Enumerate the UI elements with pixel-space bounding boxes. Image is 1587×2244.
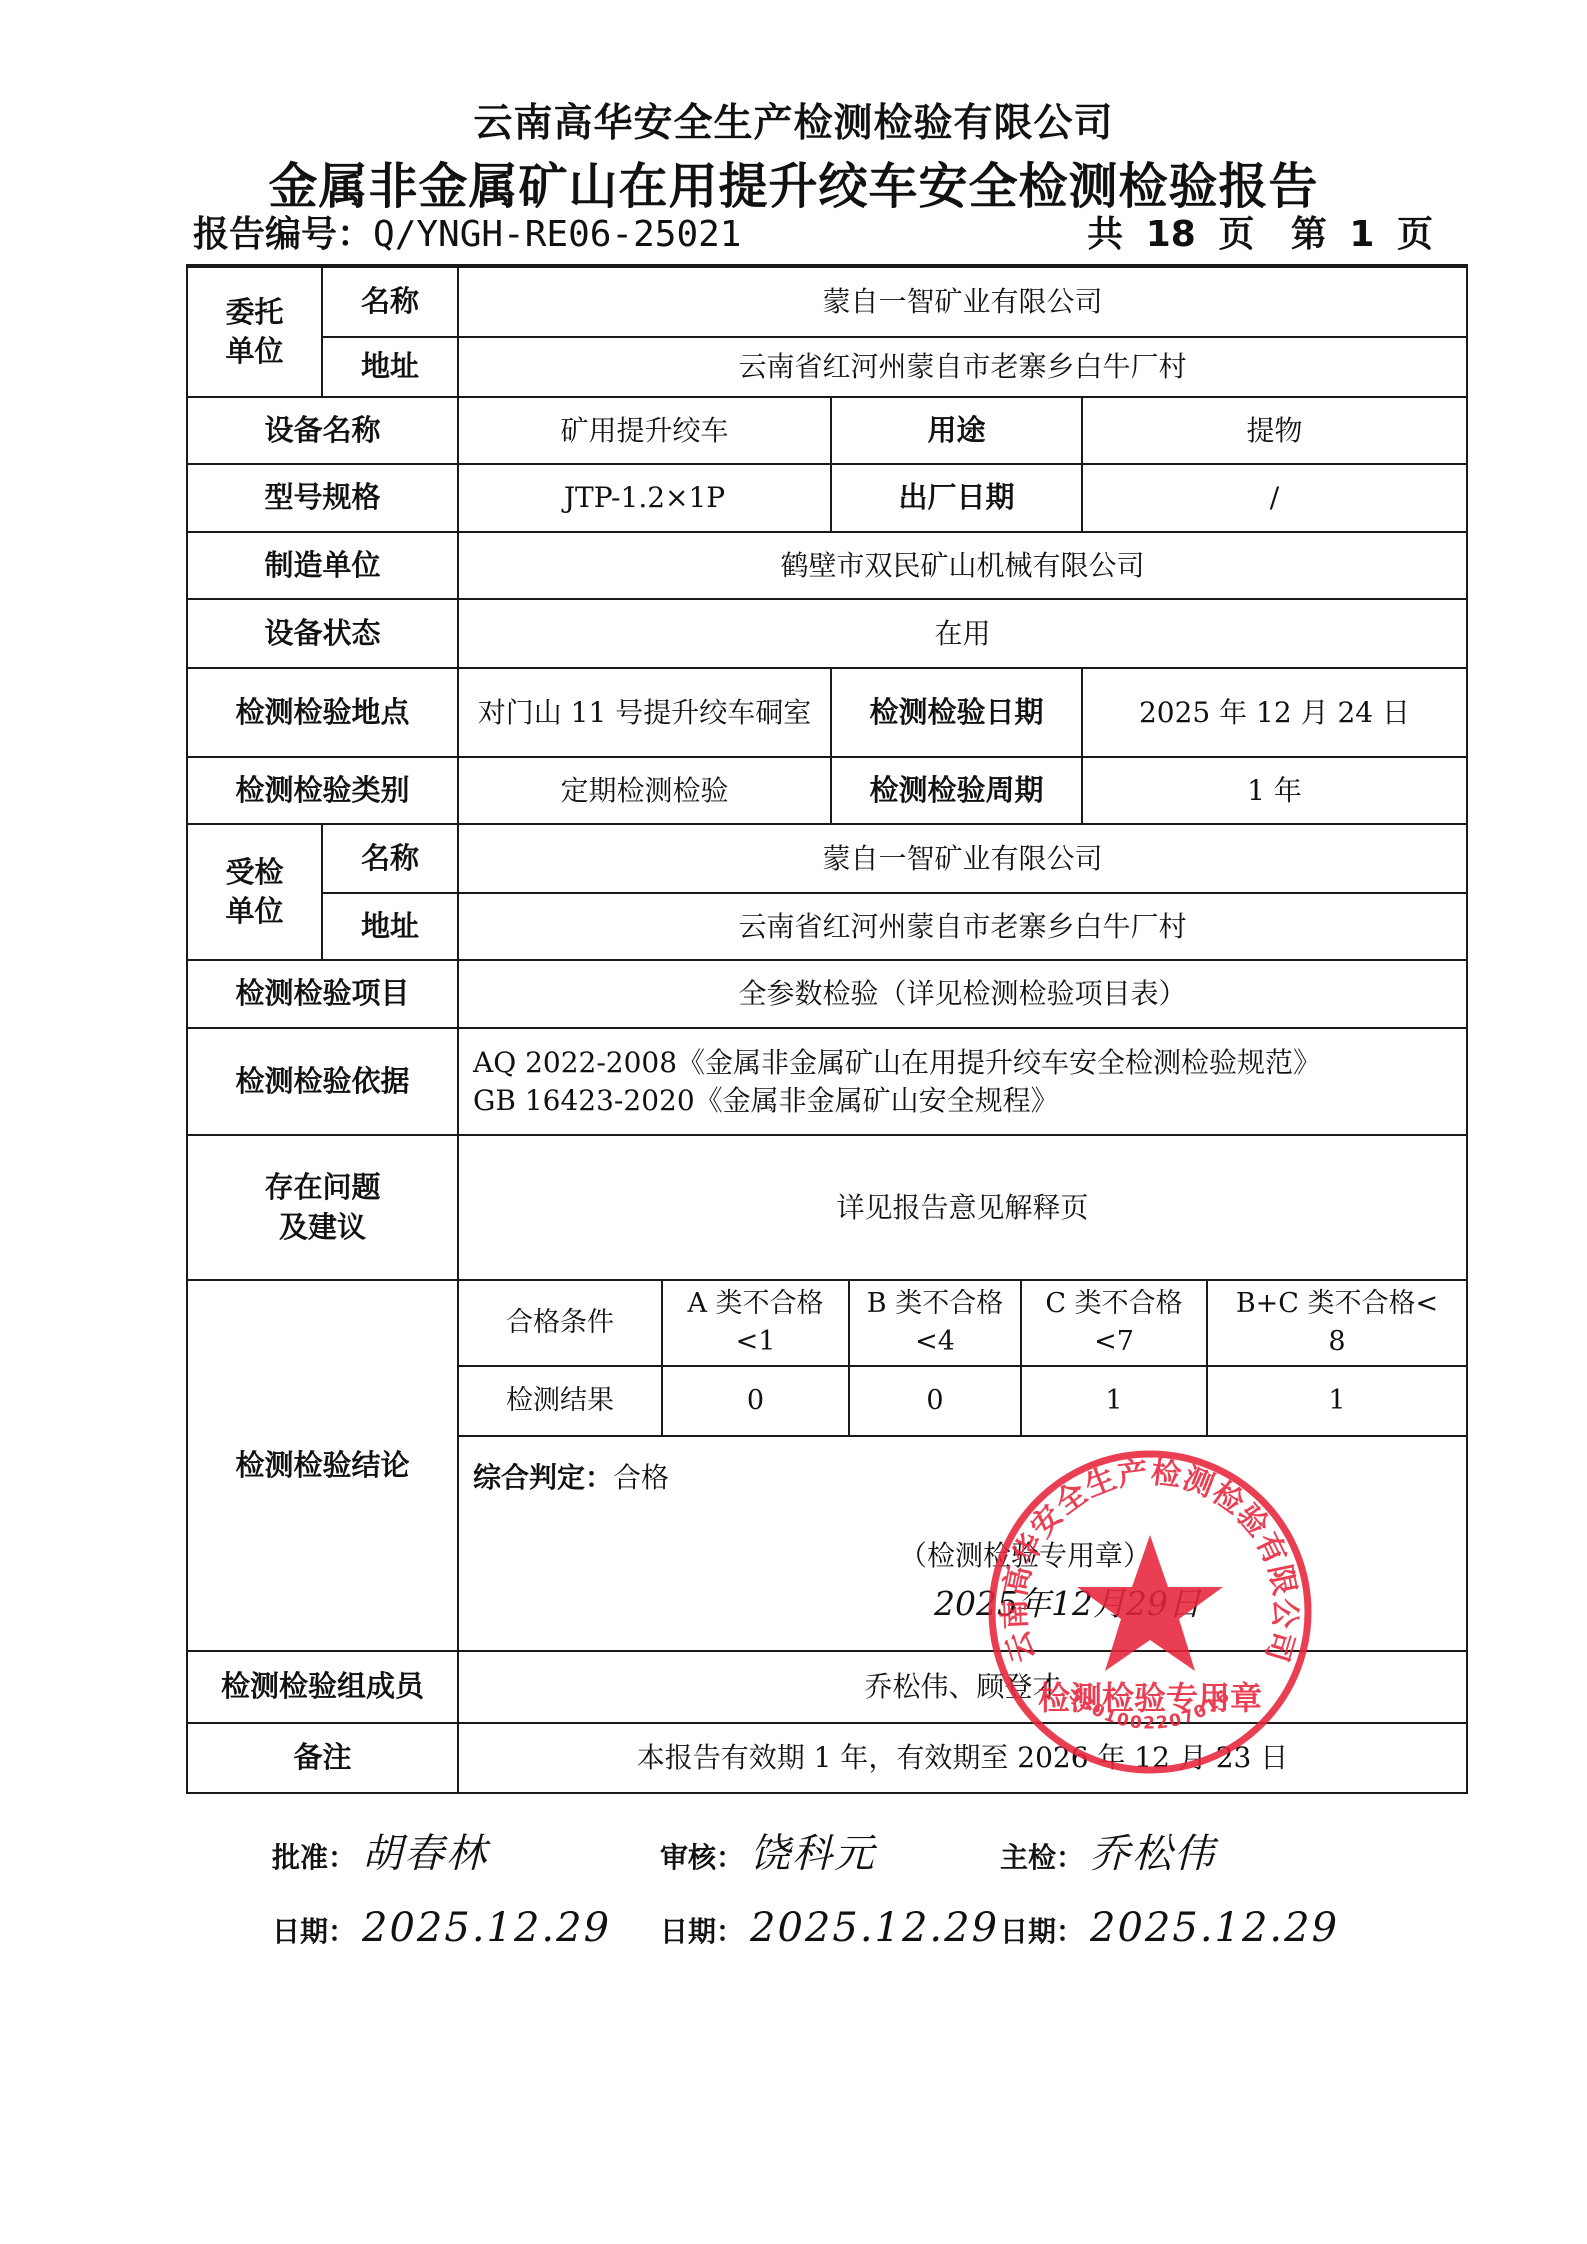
items-value: 全参数检验（详见检测检验项目表）: [458, 960, 1467, 1028]
basis-label: 检测检验依据: [187, 1028, 458, 1135]
total-pages: 共 18 页: [1087, 214, 1254, 255]
company-name: 云南高华安全生产检测检验有限公司: [0, 92, 1587, 148]
model-label: 型号规格: [187, 464, 458, 532]
review-signature: 审核：饶科元: [660, 1822, 876, 1879]
criteria-a: A 类不合格<1: [662, 1281, 849, 1366]
conclusion-content: 合格条件 A 类不合格<1 B 类不合格<4 C 类不合格<7 B+C 类不合格…: [458, 1280, 1467, 1651]
review-date: 日期：2025.12.29: [660, 1905, 999, 1951]
result-label: 检测结果: [459, 1366, 662, 1436]
report-number-label: 报告编号：: [193, 214, 373, 255]
result-c: 1: [1021, 1366, 1207, 1436]
manufacture-date: /: [1082, 464, 1467, 532]
equipment-name: 矿用提升绞车: [458, 397, 831, 464]
inspected-unit-address-label: 地址: [322, 893, 458, 960]
criteria-bc: B+C 类不合格<8: [1207, 1281, 1466, 1366]
basis-value: AQ 2022-2008《金属非金属矿山在用提升绞车安全检测检验规范》 GB 1…: [458, 1028, 1467, 1135]
report-number-line: 报告编号：Q/YNGH-RE06-25021 共 18 页 第 1 页: [193, 206, 1423, 256]
report-number-value: Q/YNGH-RE06-25021: [373, 214, 741, 255]
client-address-label: 地址: [322, 337, 458, 397]
team-label: 检测检验组成员: [187, 1651, 458, 1723]
inspection-date-label: 检测检验日期: [831, 668, 1082, 757]
inspected-unit-group-label: 受检单位: [187, 824, 322, 960]
issues-label: 存在问题 及建议: [187, 1135, 458, 1280]
result-a: 0: [662, 1366, 849, 1436]
items-label: 检测检验项目: [187, 960, 458, 1028]
report-number: 报告编号：Q/YNGH-RE06-25021: [193, 206, 741, 257]
report-table: 委托单位 名称 蒙自一智矿业有限公司 地址 云南省红河州蒙自市老寨乡白牛厂村 设…: [186, 264, 1468, 1794]
model: JTP-1.2×1P: [458, 464, 831, 532]
equipment-name-label: 设备名称: [187, 397, 458, 464]
cycle-label: 检测检验周期: [831, 757, 1082, 824]
manufacturer: 鹤壁市双民矿山机械有限公司: [458, 532, 1467, 599]
client-address: 云南省红河州蒙自市老寨乡白牛厂村: [458, 337, 1467, 397]
inspected-unit-name-label: 名称: [322, 824, 458, 893]
client-group-label: 委托单位: [187, 266, 322, 397]
inspected-unit-address: 云南省红河州蒙自市老寨乡白牛厂村: [458, 893, 1467, 960]
team-members: 乔松伟、顾登才: [458, 1651, 1467, 1723]
issues-value: 详见报告意见解释页: [458, 1135, 1467, 1280]
overall-verdict: 综合判定：合格: [473, 1459, 669, 1497]
stamp-caption: （检测检验专用章）: [899, 1537, 1151, 1575]
category: 定期检测检验: [458, 757, 831, 824]
basis-line-1: AQ 2022-2008《金属非金属矿山在用提升绞车安全检测检验规范》: [473, 1044, 1460, 1082]
remarks-label: 备注: [187, 1723, 458, 1793]
stamp-date: 2025年12月29日: [934, 1582, 1201, 1627]
inspector-date: 日期：2025.12.29: [1000, 1905, 1339, 1951]
equipment-status-label: 设备状态: [187, 599, 458, 668]
equipment-status: 在用: [458, 599, 1467, 668]
purpose: 提物: [1082, 397, 1467, 464]
approve-sign: 胡春林: [362, 1831, 488, 1877]
result-b: 0: [849, 1366, 1021, 1436]
conclusion-label: 检测检验结论: [187, 1280, 458, 1651]
inspector-signature: 主检：乔松伟: [1000, 1822, 1216, 1879]
inspector-sign: 乔松伟: [1090, 1831, 1216, 1877]
basis-line-2: GB 16423-2020《金属非金属矿山安全规程》: [473, 1082, 1460, 1120]
result-bc: 1: [1207, 1366, 1466, 1436]
criteria-c: C 类不合格<7: [1021, 1281, 1207, 1366]
purpose-label: 用途: [831, 397, 1082, 464]
approve-signature: 批准：胡春林: [272, 1822, 488, 1879]
criteria-b: B 类不合格<4: [849, 1281, 1021, 1366]
location-label: 检测检验地点: [187, 668, 458, 757]
manufacture-date-label: 出厂日期: [831, 464, 1082, 532]
cycle: 1 年: [1082, 757, 1467, 824]
approve-date: 日期：2025.12.29: [272, 1905, 611, 1951]
client-name-label: 名称: [322, 266, 458, 337]
remarks-value: 本报告有效期 1 年，有效期至 2026 年 12 月 23 日: [458, 1723, 1467, 1793]
manufacturer-label: 制造单位: [187, 532, 458, 599]
category-label: 检测检验类别: [187, 757, 458, 824]
page-counter: 共 18 页 第 1 页: [1073, 206, 1433, 257]
review-sign: 饶科元: [750, 1831, 876, 1877]
inspected-unit-name: 蒙自一智矿业有限公司: [458, 824, 1467, 893]
current-page: 第 1 页: [1291, 214, 1433, 255]
criteria-label: 合格条件: [459, 1281, 662, 1366]
location: 对门山 11 号提升绞车硐室: [458, 668, 831, 757]
client-name: 蒙自一智矿业有限公司: [458, 266, 1467, 337]
inspection-date: 2025 年 12 月 24 日: [1082, 668, 1467, 757]
criteria-table: 合格条件 A 类不合格<1 B 类不合格<4 C 类不合格<7 B+C 类不合格…: [459, 1281, 1466, 1437]
